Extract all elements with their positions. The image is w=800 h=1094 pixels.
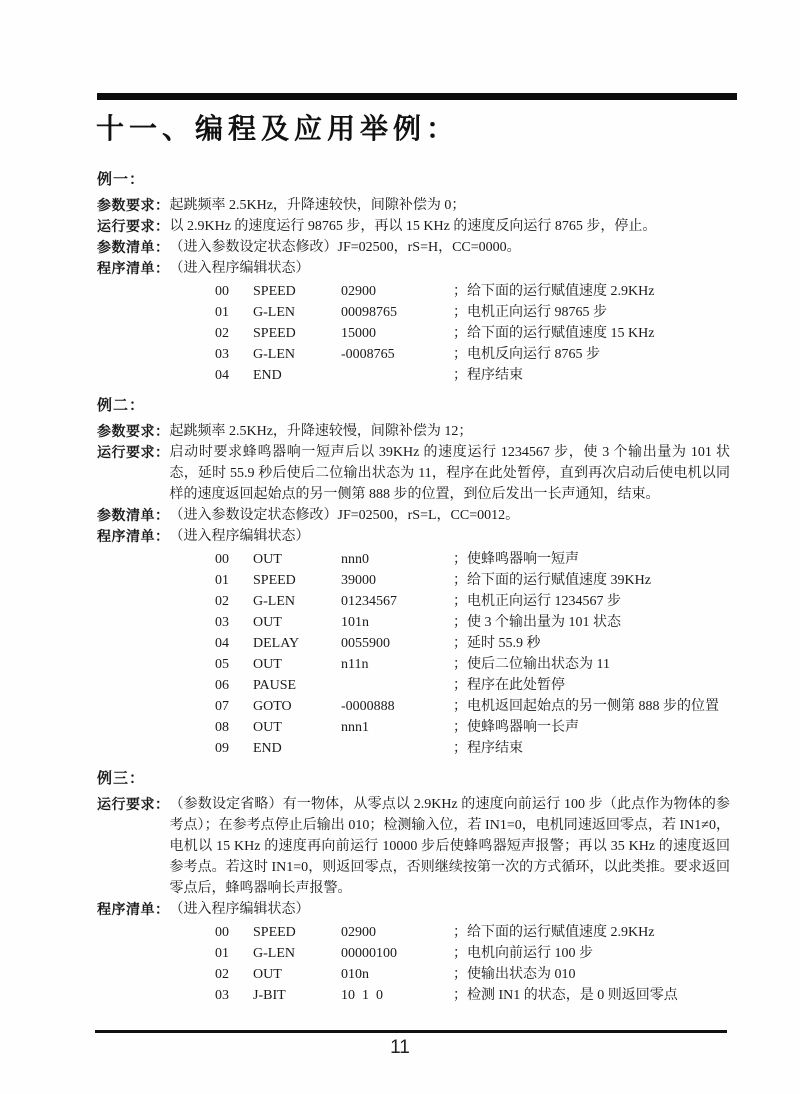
program-listing: 00OUTnnn0；使蜂鸣器响一短声01SPEED39000；给下面的运行赋值速… — [215, 549, 730, 759]
program-operand: 0055900 — [341, 633, 453, 654]
program-line-number: 09 — [215, 738, 253, 759]
program-line: 02G-LEN01234567；电机正向运行 1234567 步 — [215, 591, 730, 612]
program-operand — [341, 738, 453, 759]
program-line: 04END；程序结束 — [215, 365, 730, 386]
param-row: 参数要求： 起跳频率 2.5KHz，升降速较慢，间隙补偿为 12； — [97, 421, 730, 442]
program-line-number: 03 — [215, 985, 253, 1006]
program-operand: 01234567 — [341, 591, 453, 612]
program-line-number: 03 — [215, 612, 253, 633]
program-command: SPEED — [253, 323, 341, 344]
param-row: 参数清单： （进入参数设定状态修改）JF=02500，rS=H，CC=0000。 — [97, 237, 730, 258]
program-operand: nnn0 — [341, 549, 453, 570]
program-operand: 101n — [341, 612, 453, 633]
param-label: 程序清单： — [97, 899, 170, 920]
program-line-number: 00 — [215, 922, 253, 943]
program-line: 01G-LEN00000100；电机向前运行 100 步 — [215, 943, 730, 964]
program-comment: ；程序结束 — [453, 365, 730, 386]
program-line: 02OUT010n；使输出状态为 010 — [215, 964, 730, 985]
param-label: 运行要求： — [97, 216, 170, 237]
program-line-number: 05 — [215, 654, 253, 675]
param-text: （进入程序编辑状态） — [170, 258, 731, 279]
program-comment: ；电机返回起始点的另一侧第 888 步的位置 — [453, 696, 730, 717]
program-line: 01G-LEN00098765；电机正向运行 98765 步 — [215, 302, 730, 323]
param-row: 运行要求： 以 2.9KHz 的速度运行 98765 步，再以 15 KHz 的… — [97, 216, 730, 237]
program-line-number: 04 — [215, 365, 253, 386]
param-row: 程序清单： （进入程序编辑状态） — [97, 526, 730, 547]
param-text: 启动时要求蜂鸣器响一短声后以 39KHz 的速度运行 1234567 步，使 3… — [170, 442, 731, 505]
param-text: （参数设定省略）有一物体，从零点以 2.9KHz 的速度向前运行 100 步（此… — [170, 794, 731, 899]
example-1-section: 例一： 参数要求： 起跳频率 2.5KHz，升降速较快，间隙补偿为 0； 运行要… — [97, 170, 730, 386]
program-comment: ；延时 55.9 秒 — [453, 633, 730, 654]
program-line-number: 00 — [215, 281, 253, 302]
program-operand: 00000100 — [341, 943, 453, 964]
program-operand: 15000 — [341, 323, 453, 344]
program-command: SPEED — [253, 281, 341, 302]
program-command: OUT — [253, 654, 341, 675]
header-rule — [97, 93, 737, 100]
program-command: OUT — [253, 964, 341, 985]
program-line: 03G-LEN-0008765；电机反向运行 8765 步 — [215, 344, 730, 365]
program-comment: ；程序结束 — [453, 738, 730, 759]
example-3-params: 运行要求： （参数设定省略）有一物体，从零点以 2.9KHz 的速度向前运行 1… — [97, 794, 730, 920]
program-operand: 02900 — [341, 281, 453, 302]
example-2-params: 参数要求： 起跳频率 2.5KHz，升降速较慢，间隙补偿为 12； 运行要求： … — [97, 421, 730, 547]
program-command: GOTO — [253, 696, 341, 717]
program-line-number: 00 — [215, 549, 253, 570]
program-comment: ；给下面的运行赋值速度 15 KHz — [453, 323, 730, 344]
param-text: 以 2.9KHz 的速度运行 98765 步，再以 15 KHz 的速度反向运行… — [170, 216, 731, 237]
program-listing: 00SPEED02900；给下面的运行赋值速度 2.9KHz01G-LEN000… — [215, 922, 730, 1006]
scanned-manual-page: { "page": { "title": "十一、编程及应用举例：", "pag… — [0, 0, 800, 1094]
program-line: 02SPEED15000；给下面的运行赋值速度 15 KHz — [215, 323, 730, 344]
example-2-section: 例二： 参数要求： 起跳频率 2.5KHz，升降速较慢，间隙补偿为 12； 运行… — [97, 396, 730, 759]
program-line-number: 03 — [215, 344, 253, 365]
program-line-number: 02 — [215, 323, 253, 344]
program-line: 05OUTn11n；使后二位输出状态为 11 — [215, 654, 730, 675]
example-3-heading: 例三： — [97, 769, 730, 788]
param-label: 参数清单： — [97, 237, 170, 258]
program-line-number: 01 — [215, 302, 253, 323]
program-command: G-LEN — [253, 943, 341, 964]
program-comment: ；电机反向运行 8765 步 — [453, 344, 730, 365]
param-text: 起跳频率 2.5KHz，升降速较慢，间隙补偿为 12； — [170, 421, 731, 442]
program-command: G-LEN — [253, 591, 341, 612]
program-operand: 010n — [341, 964, 453, 985]
program-operand — [341, 675, 453, 696]
program-operand: 02900 — [341, 922, 453, 943]
program-command: OUT — [253, 612, 341, 633]
example-1-heading: 例一： — [97, 170, 730, 189]
program-command: OUT — [253, 549, 341, 570]
program-line: 07GOTO-0000888；电机返回起始点的另一侧第 888 步的位置 — [215, 696, 730, 717]
program-line: 00OUTnnn0；使蜂鸣器响一短声 — [215, 549, 730, 570]
program-command: OUT — [253, 717, 341, 738]
program-operand: 39000 — [341, 570, 453, 591]
program-comment: ；电机正向运行 1234567 步 — [453, 591, 730, 612]
param-row: 运行要求： 启动时要求蜂鸣器响一短声后以 39KHz 的速度运行 1234567… — [97, 442, 730, 505]
param-text: （进入程序编辑状态） — [170, 899, 731, 920]
program-comment: ；使后二位输出状态为 11 — [453, 654, 730, 675]
program-command: G-LEN — [253, 302, 341, 323]
program-operand — [341, 365, 453, 386]
param-label: 运行要求： — [97, 442, 170, 505]
program-command: G-LEN — [253, 344, 341, 365]
program-comment: ；使 3 个输出量为 101 状态 — [453, 612, 730, 633]
program-line-number: 01 — [215, 570, 253, 591]
program-comment: ；检测 IN1 的状态，是 0 则返回零点 — [453, 985, 730, 1006]
program-operand: -0008765 — [341, 344, 453, 365]
program-line-number: 08 — [215, 717, 253, 738]
program-line: 08OUTnnn1；使蜂鸣器响一长声 — [215, 717, 730, 738]
program-line-number: 01 — [215, 943, 253, 964]
program-command: SPEED — [253, 922, 341, 943]
example-3-section: 例三： 运行要求： （参数设定省略）有一物体，从零点以 2.9KHz 的速度向前… — [97, 769, 730, 1006]
program-line-number: 04 — [215, 633, 253, 654]
program-line: 04DELAY0055900；延时 55.9 秒 — [215, 633, 730, 654]
param-row: 参数清单： （进入参数设定状态修改）JF=02500，rS=L，CC=0012。 — [97, 505, 730, 526]
program-line-number: 02 — [215, 591, 253, 612]
program-comment: ；电机向前运行 100 步 — [453, 943, 730, 964]
param-label: 程序清单： — [97, 526, 170, 547]
program-line-number: 06 — [215, 675, 253, 696]
program-line: 03OUT101n；使 3 个输出量为 101 状态 — [215, 612, 730, 633]
page-number: 11 — [0, 1037, 800, 1059]
program-line: 01SPEED39000；给下面的运行赋值速度 39KHz — [215, 570, 730, 591]
param-label: 运行要求： — [97, 794, 170, 899]
program-operand: n11n — [341, 654, 453, 675]
program-line-number: 02 — [215, 964, 253, 985]
program-command: SPEED — [253, 570, 341, 591]
example-1-params: 参数要求： 起跳频率 2.5KHz，升降速较快，间隙补偿为 0； 运行要求： 以… — [97, 195, 730, 279]
param-row: 程序清单： （进入程序编辑状态） — [97, 258, 730, 279]
param-text: 起跳频率 2.5KHz，升降速较快，间隙补偿为 0； — [170, 195, 731, 216]
param-label: 参数要求： — [97, 421, 170, 442]
param-label: 参数清单： — [97, 505, 170, 526]
program-command: J-BIT — [253, 985, 341, 1006]
program-line: 00SPEED02900；给下面的运行赋值速度 2.9KHz — [215, 281, 730, 302]
param-text: （进入程序编辑状态） — [170, 526, 731, 547]
program-command: END — [253, 365, 341, 386]
program-command: PAUSE — [253, 675, 341, 696]
program-operand: 10 1 0 — [341, 985, 453, 1006]
program-comment: ；给下面的运行赋值速度 2.9KHz — [453, 922, 730, 943]
program-command: DELAY — [253, 633, 341, 654]
param-label: 程序清单： — [97, 258, 170, 279]
param-row: 程序清单： （进入程序编辑状态） — [97, 899, 730, 920]
program-comment: ；使蜂鸣器响一短声 — [453, 549, 730, 570]
program-line: 03J-BIT10 1 0；检测 IN1 的状态，是 0 则返回零点 — [215, 985, 730, 1006]
program-comment: ；给下面的运行赋值速度 39KHz — [453, 570, 730, 591]
program-line: 09END；程序结束 — [215, 738, 730, 759]
program-line-number: 07 — [215, 696, 253, 717]
program-line: 00SPEED02900；给下面的运行赋值速度 2.9KHz — [215, 922, 730, 943]
param-row: 运行要求： （参数设定省略）有一物体，从零点以 2.9KHz 的速度向前运行 1… — [97, 794, 730, 899]
param-text: （进入参数设定状态修改）JF=02500，rS=L，CC=0012。 — [170, 505, 731, 526]
param-row: 参数要求： 起跳频率 2.5KHz，升降速较快，间隙补偿为 0； — [97, 195, 730, 216]
program-comment: ；使蜂鸣器响一长声 — [453, 717, 730, 738]
program-comment: ；使输出状态为 010 — [453, 964, 730, 985]
program-operand: 00098765 — [341, 302, 453, 323]
program-operand: -0000888 — [341, 696, 453, 717]
program-command: END — [253, 738, 341, 759]
program-comment: ；程序在此处暂停 — [453, 675, 730, 696]
param-label: 参数要求： — [97, 195, 170, 216]
param-text: （进入参数设定状态修改）JF=02500，rS=H，CC=0000。 — [170, 237, 731, 258]
program-comment: ；给下面的运行赋值速度 2.9KHz — [453, 281, 730, 302]
page-title: 十一、编程及应用举例： — [96, 110, 800, 150]
program-line: 06PAUSE；程序在此处暂停 — [215, 675, 730, 696]
example-2-heading: 例二： — [97, 396, 730, 415]
footer-rule — [95, 1030, 727, 1033]
program-listing: 00SPEED02900；给下面的运行赋值速度 2.9KHz01G-LEN000… — [215, 281, 730, 386]
program-operand: nnn1 — [341, 717, 453, 738]
program-comment: ；电机正向运行 98765 步 — [453, 302, 730, 323]
